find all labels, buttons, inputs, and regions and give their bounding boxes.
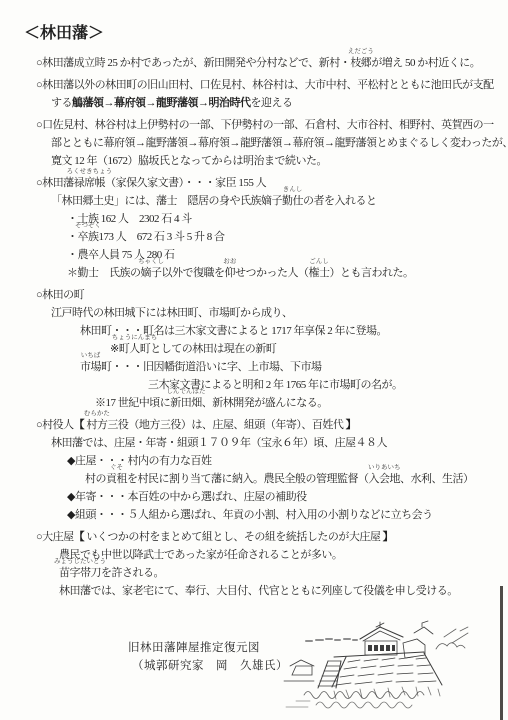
text-run: ）とも言われた。 [330,267,414,279]
bold-run: 】 [383,531,394,543]
caption-line-1: 旧林田藩陣屋推定復元図 [128,639,288,657]
bold-run: 【 [74,419,85,431]
ruby-text: えだごう [348,48,374,55]
text-run: する [51,97,72,109]
ruby-text: ちゃくし [138,258,164,265]
text-run: を迎える [251,97,293,109]
text-run: ◆組頭・・・５人組から選ばれ、年貢の小割、村入用の小割りなどに立ち会う [67,509,433,521]
text-line: ＊勤士 氏族の嫡子ちゃくし以外で復職を仰おおせつかった人（権士ごんし）とも言われ… [67,264,508,282]
text-run: 林田藩では、家老宅にて、奉行、大目付、代官とともに列座して役儀を申し受ける。 [59,585,458,597]
text-run: 、新林開発が盛んになる。 [202,397,328,409]
ruby-base: 仰 [225,267,236,279]
ruby-text: みょうじたいとう [54,558,106,565]
text-run: ・ [67,231,78,243]
text-line: 苗字帯刀みょうじたいとうを許される。 [59,564,508,582]
text-line: ◆庄屋・・・村内の有力な百姓 [67,452,508,470]
ruby-base: 貢租 [106,473,127,485]
text-line: ○口佐見村、林谷村は上伊勢村の一部、下伊勢村の一部、石倉村、大市谷村、相野村、英… [36,116,508,134]
text-line: ○林田藩成立時 25 か村であったが、新田開発や分村などで、新村・枝郷えだごうが… [36,54,508,72]
text-run: 林田藩では、庄屋・年寄・組頭１７０９年（宝永６年）頃、庄屋４８人 [51,437,387,449]
ruby-base: 村方 [86,419,107,431]
text-run: を許される。 [101,567,164,579]
text-line: 林田藩では、庄屋・年寄・組頭１７０９年（宝永６年）頃、庄屋４８人 [51,434,508,452]
text-line: ・卒族そつぞく173 人 672 石 3 斗 5 升 8 合 [67,228,508,246]
ruby-annotated-text: 勤仕きんし [282,192,303,210]
ruby-text: ろくせきちょう [67,168,113,175]
text-run: 村の [85,473,106,485]
text-run: （家保久家文書）・・・家臣 155 人 [105,177,266,189]
ruby-annotated-text: 市場いちば [80,358,101,376]
ruby-annotated-text: 禄席帳ろくせきちょう [74,174,106,192]
ruby-annotated-text: 苗字帯刀みょうじたいとう [59,564,101,582]
text-line: ◆組頭・・・５人組から選ばれ、年貢の小割、村入用の小割りなどに立ち会う [67,506,508,524]
ruby-annotated-text: 嫡子ちゃくし [141,264,162,282]
text-run: ○口佐見村、林谷村は上伊勢村の一部、下伊勢村の一部、石倉村、大市谷村、相野村、英… [36,119,494,131]
text-run: 、水利、生活） [400,473,474,485]
text-run: を村民に割り当て藩に納入。農民全般の管理監督（ [127,473,369,485]
page-title: ＜林田藩＞ [24,24,508,44]
sketch-windows [368,645,395,651]
text-run: の者を入れると [303,195,377,207]
ruby-text: きんし [283,186,303,193]
ruby-text: いちば [81,352,101,359]
ruby-annotated-text: 町人町ちょうにんまち [119,340,151,358]
text-run: が増え 50 か村近くに。 [371,57,480,69]
text-line: する鵤藩領→幕府領→龍野藩領→明治時代を迎える [51,94,508,112]
text-run: ※17 世紀中頃に [95,397,170,409]
text-run: ○林田藩成立時 25 か村であったが、新田開発や分村などで、新村・ [36,57,350,69]
text-run: 部とともに幕府領→龍野藩領→幕府領→龍野藩領→幕府領→龍野藩領とめまぐるしく変わ… [51,137,508,149]
ruby-base: 勤仕 [282,195,303,207]
document-body: ○林田藩成立時 25 か村であったが、新田開発や分村などで、新村・枝郷えだごうが… [0,54,508,600]
ruby-base: 枝郷 [350,57,371,69]
text-run: ○大庄屋 [36,531,74,543]
ruby-base: 市場 [80,361,101,373]
caption-line-2: （城郭研究家 岡 久雄氏） [132,657,288,675]
ruby-base: 卒族 [78,231,99,243]
text-line: ◆年寄・・・本百姓の中から選ばれ、庄屋の補助役 [67,488,508,506]
text-run: ◆庄屋・・・村内の有力な百姓 [67,455,211,467]
ruby-text: しんでんばた [167,388,206,395]
text-line: ○林田藩禄席帳ろくせきちょう（家保久家文書）・・・家臣 155 人 [36,174,508,192]
text-line: 部とともに幕府領→龍野藩領→幕府領→龍野藩領→幕府領→龍野藩領とめまぐるしく変わ… [51,134,508,152]
text-line: 農民でも中世以降武士であった家が任命されることが多い。 [59,546,508,564]
text-line: 「林田郷土史」には、藩士 隠居の身や氏族嫡子勤仕きんしの者を入れると [51,192,508,210]
text-line: 市場いちば町・・・旧因幡街道沿いに字、上市場、下市場 [80,358,508,376]
text-run: ○林田藩 [36,177,74,189]
bold-run: 鵤藩領→幕府領→龍野藩領→明治時代 [72,97,251,109]
ruby-annotated-text: 卒族そつぞく [78,228,99,246]
jinya-sketch [276,615,476,717]
ruby-annotated-text: 入会地いりあいち [369,470,401,488]
ruby-base: 入会地 [369,473,401,485]
ruby-base: 新田畑 [170,397,202,409]
text-run: ※ [110,343,119,355]
text-run: 「林田郷土史」には、藩士 隠居の身や氏族嫡子 [51,195,282,207]
ruby-base: 権士 [309,267,330,279]
ruby-base: 嫡子 [141,267,162,279]
text-run: ＊勤士 氏族の [67,267,141,279]
ruby-annotated-text: 貢租ぐそ [106,470,127,488]
text-run: 三役（地方三役）は、庄屋、組頭（年寄）、百姓代 [107,419,345,431]
ruby-text: そつぞく [75,222,101,229]
scan-artifact-line [500,586,503,720]
ruby-annotated-text: 枝郷えだごう [350,54,371,72]
ruby-annotated-text: 新田畑しんでんばた [170,394,202,412]
text-line: 村の貢租ぐそを村民に割り当て藩に納入。農民全般の管理監督（入会地いりあいち、水利… [85,470,508,488]
sketch-label-marks [306,639,357,641]
ruby-base: 苗字帯刀 [59,567,101,579]
text-line: ○林田藩以外の林田町の旧山田村、口佐見村、林谷村は、大市中村、平松村とともに池田… [36,76,508,94]
figure-caption: 旧林田藩陣屋推定復元図 （城郭研究家 岡 久雄氏） [128,639,288,675]
text-run: 173 人 672 石 3 斗 5 升 8 合 [99,231,225,243]
ruby-text: ちょうにんまち [112,334,158,341]
text-line: ・農卒人員 75 人 280 石 [67,246,508,264]
text-run: せつかった人（ [235,267,309,279]
text-line: ○林田の町 [36,286,508,304]
text-line: ※町人町ちょうにんまちとしての林田は現在の新町 [110,340,508,358]
text-run: ◆年寄・・・本百姓の中から選ばれ、庄屋の補助役 [67,491,307,503]
text-run: としての林田は現在の新町 [150,343,276,355]
document-page: ＜林田藩＞ ○林田藩成立時 25 か村であったが、新田開発や分村などで、新村・枝… [0,0,508,720]
text-run: ○林田藩以外の林田町の旧山田村、口佐見村、林谷村は、大市中村、平松村とともに池田… [36,79,494,91]
text-line: ○村役人【 村方むらかた三役（地方三役）は、庄屋、組頭（年寄）、百姓代 】 [36,416,508,434]
text-run: 寛文 12 年（1672）脇坂氏となってからは明治まで続いた。 [51,155,327,167]
ruby-base: 禄席帳 [74,177,106,189]
text-run: 町・・・旧因幡街道沿いに字、上市場、下市場 [101,361,322,373]
text-run: ○村役人 [36,419,74,431]
text-line: 江戸時代の林田城下には林田町、市場町から成り、 [51,304,508,322]
ruby-text: いりあいち [368,464,401,471]
ruby-annotated-text: 権士ごんし [309,264,330,282]
text-run: 以外で復職を [162,267,225,279]
text-line: ・士族 162 人 2302 石 4 斗 [67,210,508,228]
ruby-text: むらかた [84,410,110,417]
text-line: ○大庄屋【 いくつかの村をまとめて組とし、その組を統括したのが大庄屋 】 [36,528,508,546]
ruby-text: ぐそ [110,464,123,471]
ruby-annotated-text: 村方むらかた [86,416,107,434]
text-line: 寛文 12 年（1672）脇坂氏となってからは明治まで続いた。 [51,152,508,170]
ruby-text: おお [223,258,236,265]
ruby-text: ごんし [309,258,329,265]
text-run: 江戸時代の林田城下には林田町、市場町から成り、 [51,307,293,319]
text-run: ○林田の町 [36,289,84,301]
bold-run: 】 [346,419,357,431]
text-line: ※17 世紀中頃に新田畑しんでんばた、新林開発が盛んになる。 [95,394,508,412]
bold-run: 【 [74,531,85,543]
text-run: いくつかの村をまとめて組とし、その組を統括したのが大庄屋 [84,531,383,543]
ruby-annotated-text: 仰おお [225,264,236,282]
ruby-base: 町人町 [119,343,151,355]
text-line: 林田藩では、家老宅にて、奉行、大目付、代官とともに列座して役儀を申し受ける。 [59,582,508,600]
